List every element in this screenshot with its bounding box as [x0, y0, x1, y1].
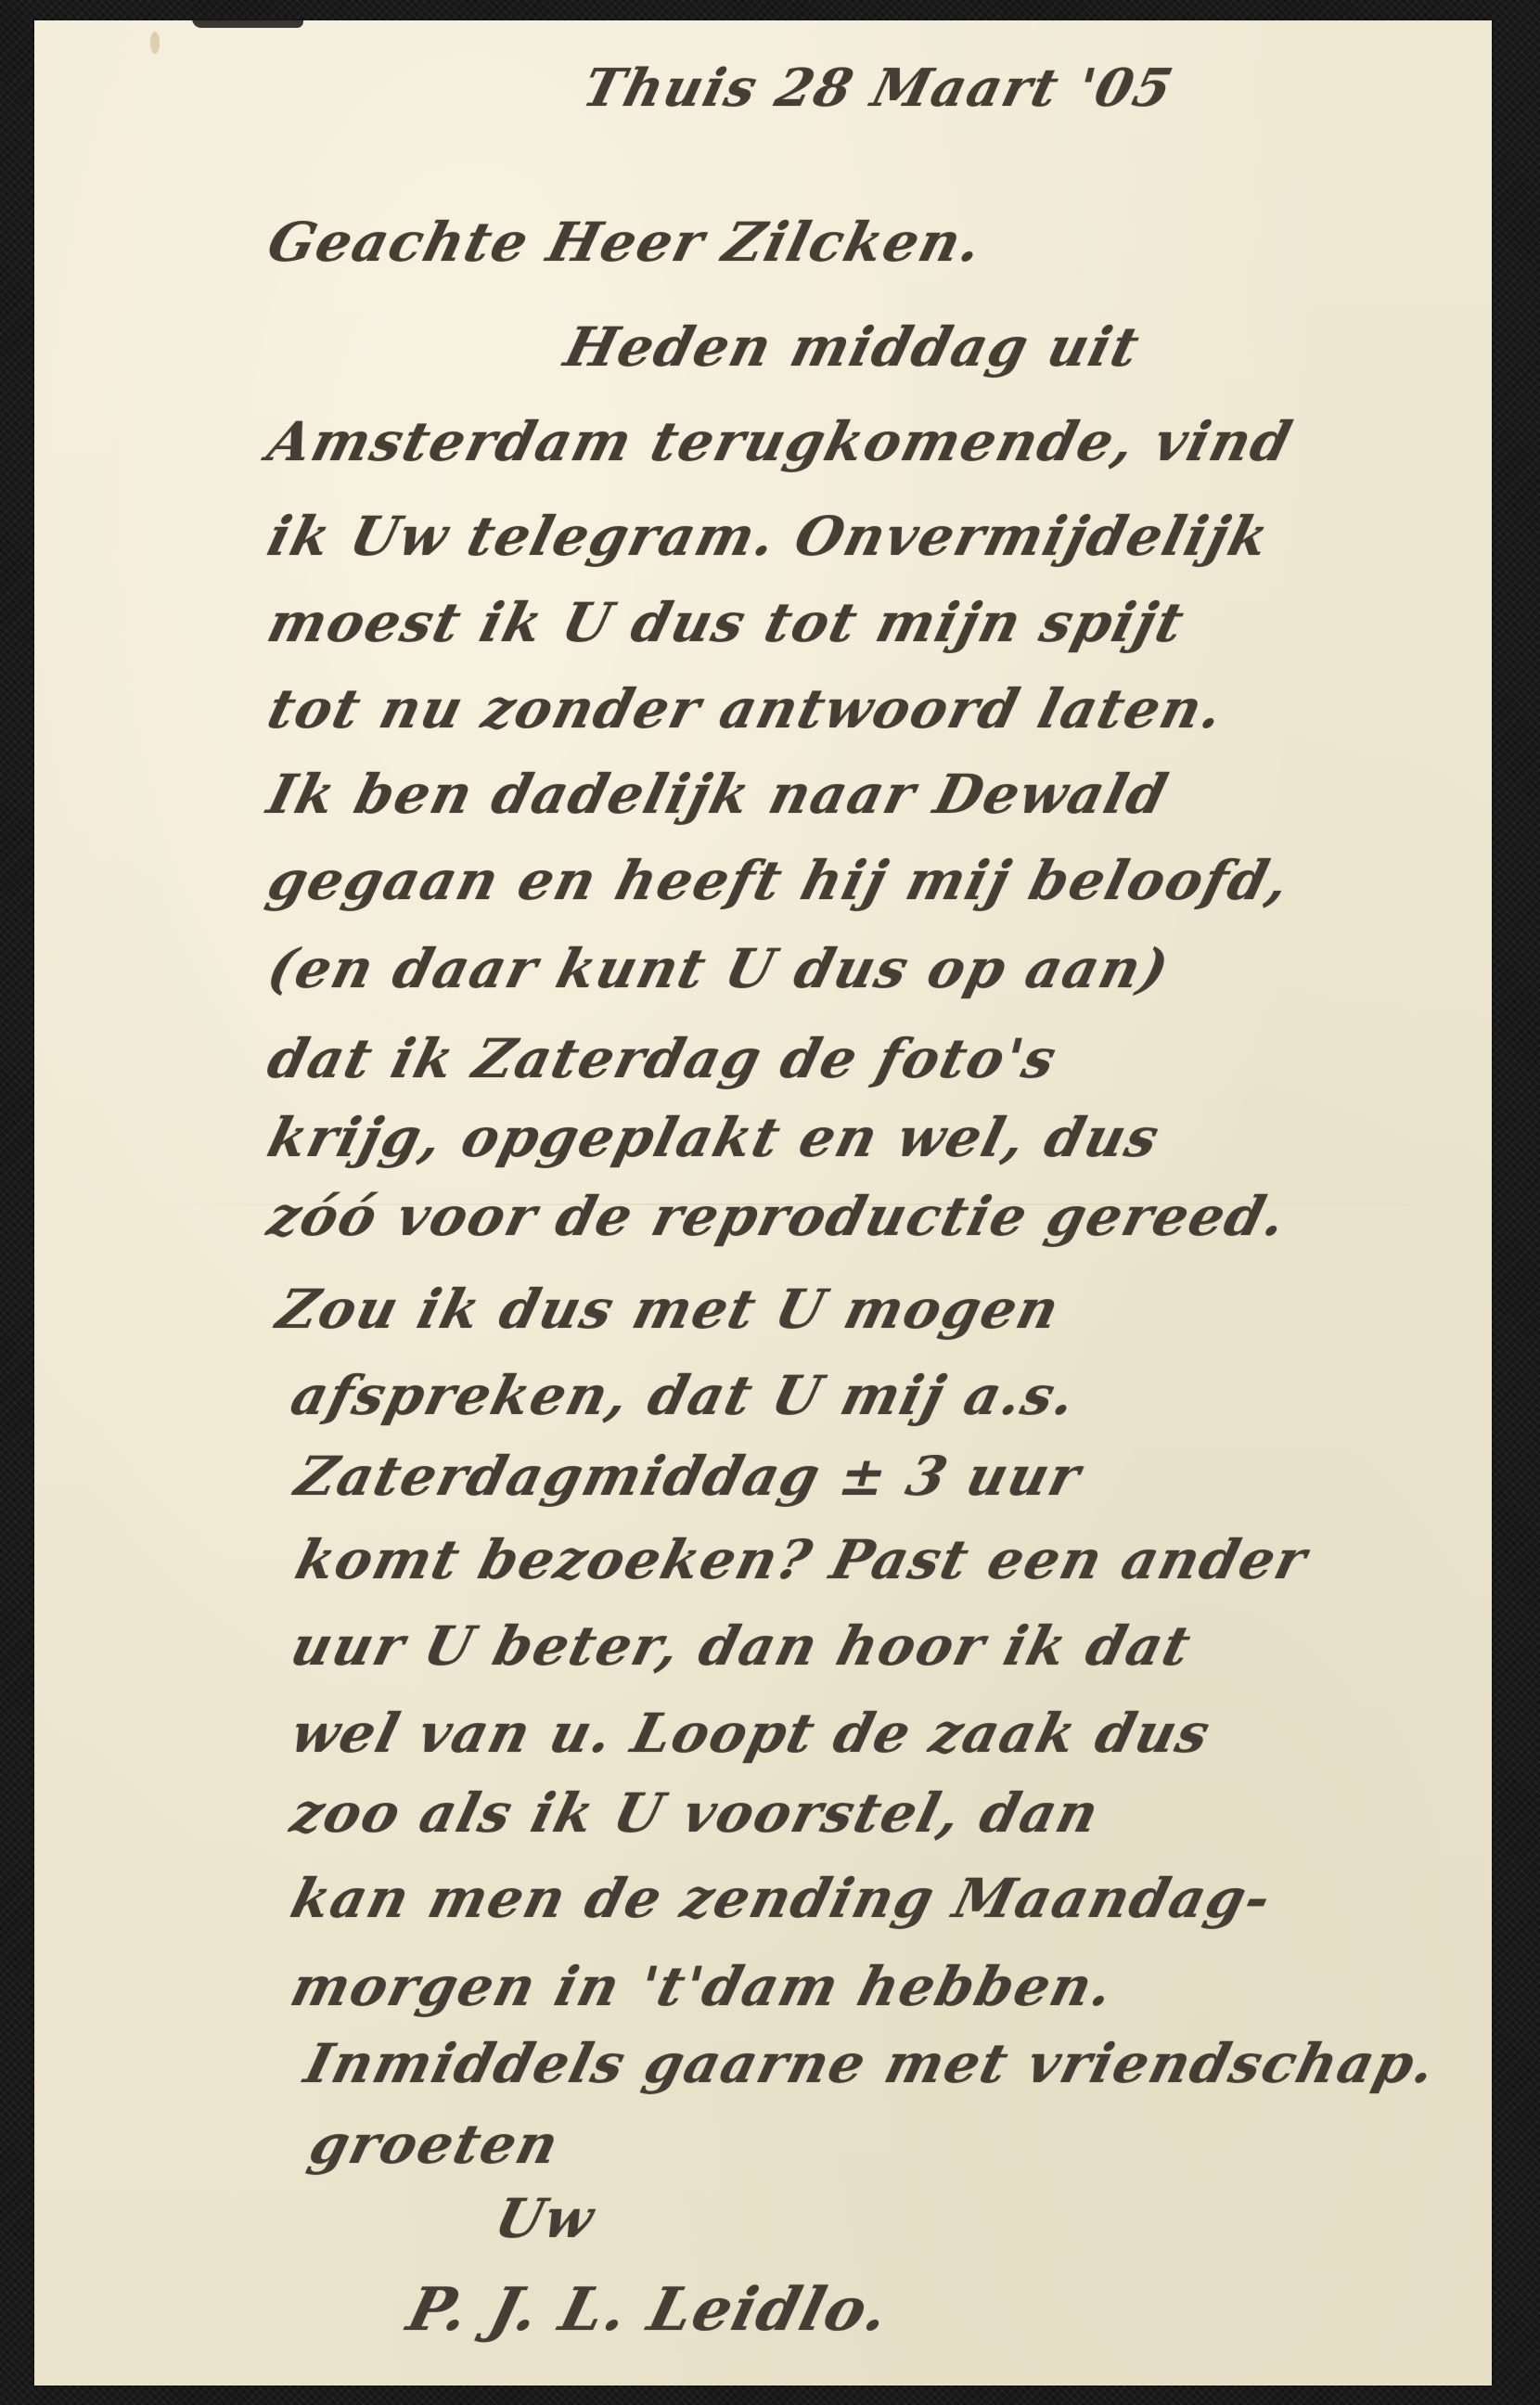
letter-line: Heden middag uit: [558, 315, 1147, 379]
letter-line: Inmiddels gaarne met vriendschap.: [299, 2032, 1444, 2095]
letter-line: Ik ben dadelijk naar Dewald: [262, 763, 1175, 826]
letter-signature: P. J. L. Leidlo.: [401, 2275, 897, 2345]
letter-dateline: Thuis 28 Maart '05: [577, 58, 1180, 119]
torn-edge: [192, 19, 303, 28]
letter-line: wel van u. Loopt de zaak dus: [285, 1702, 1217, 1765]
letter-line: morgen in 't'dam hebben.: [285, 1955, 1121, 2018]
letter-line: dat ik Zaterdag de foto's: [262, 1027, 1064, 1090]
letter-line: afspreken, dat U mij a.s.: [285, 1364, 1084, 1427]
letter-line: komt bezoeken? Past een ander: [289, 1528, 1315, 1591]
letter-line: Amsterdam terugkomende, vind: [262, 410, 1300, 473]
letter-line: (en daar kunt U dus op aan): [262, 937, 1176, 1000]
letter-line: moest ik U dus tot mijn spijt: [262, 591, 1192, 654]
letter-line: groeten: [303, 2113, 567, 2176]
letter-line: gegaan en heeft hij mij beloofd,: [262, 849, 1297, 912]
letter-line: kan men de zending Maandag-: [285, 1867, 1278, 1930]
letter-salutation: Geachte Heer Zilcken.: [262, 211, 990, 274]
letter-line: zoo als ik U voorstel, dan: [285, 1781, 1107, 1845]
letter-line: tot nu zonder antwoord laten.: [262, 677, 1231, 740]
letter-closing: Uw: [489, 2187, 601, 2250]
paper-stain: [150, 32, 160, 54]
letter-line: zóó voor de reproductie gereed.: [262, 1185, 1294, 1248]
letter-line: uur U beter, dan hoor ik dat: [285, 1614, 1199, 1678]
letter-line: ik Uw telegram. Onvermijdelijk: [262, 505, 1277, 568]
letter-paper: Thuis 28 Maart '05 Geachte Heer Zilcken.…: [34, 20, 1492, 2386]
letter-line: Zaterdagmiddag ± 3 uur: [289, 1445, 1088, 1508]
letter-line: Zou ik dus met U mogen: [271, 1278, 1067, 1341]
letter-line: krijg, opgeplakt en wel, dus: [262, 1106, 1167, 1169]
